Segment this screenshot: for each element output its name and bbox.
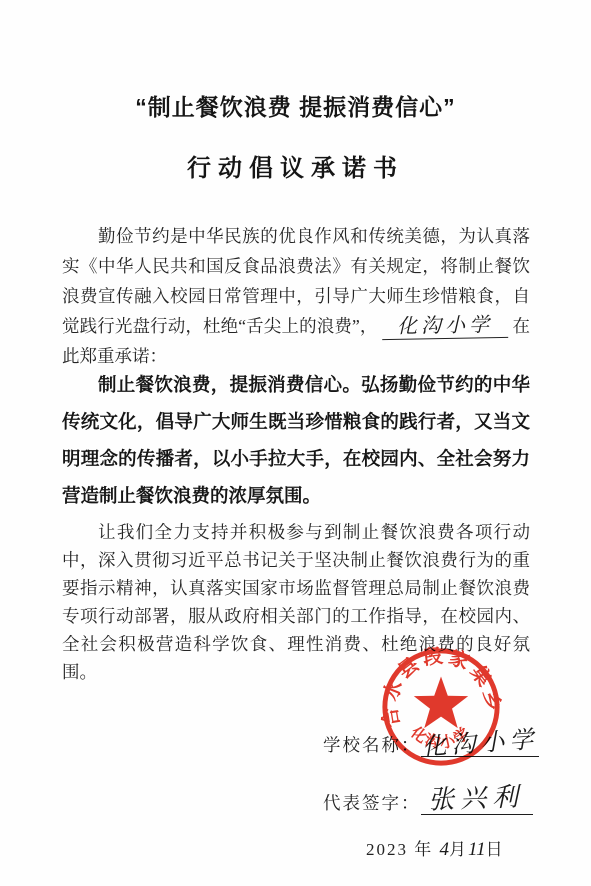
date-month-unit: 月 <box>449 840 468 859</box>
date-year-printed: 2023 年 <box>366 840 433 859</box>
seal-bottom-arc-text: 化沟小学 <box>407 722 475 752</box>
representative-signature-row: 代表签字：张兴利 <box>323 777 533 815</box>
representative-signature-underline: 张兴利 <box>421 777 533 815</box>
handwritten-day-number: 11 <box>468 839 486 860</box>
handwritten-representative-signature: 张兴利 <box>428 776 525 816</box>
date-row: 2023 年 4月11日 <box>366 835 505 861</box>
handwritten-school-name-inline: 化沟小学 <box>397 314 493 338</box>
paragraph-commitment-intro: 勤俭节约是中华民族的优良作风和传统美德，为认真落实《中华人民共和国反食品浪费法》… <box>62 221 530 371</box>
scanned-document-page: “制止餐饮浪费 提振消费信心” 行动倡议承诺书 勤俭节约是中华民族的优良作风和传… <box>0 0 591 886</box>
document-title-line2: 行动倡议承诺书 <box>0 148 591 183</box>
seal-bottom-arc-text-container: 化沟小学 <box>407 722 475 752</box>
red-star-icon <box>414 676 468 728</box>
official-seal: 合水县段家集乡 化沟小学 <box>377 644 505 772</box>
date-day-unit: 日 <box>486 840 505 859</box>
handwritten-month-number: 4 <box>440 839 450 860</box>
school-name-blank-field: 化沟小学 <box>382 313 508 340</box>
representative-signature-label: 代表签字： <box>323 793 421 813</box>
paragraph-pledge-bold: 制止餐饮浪费，提振消费信心。弘扬勤俭节约的中华传统文化，倡导广大师生既当珍惜粮食… <box>62 366 530 514</box>
document-title-line1: “制止餐饮浪费 提振消费信心” <box>0 89 591 122</box>
